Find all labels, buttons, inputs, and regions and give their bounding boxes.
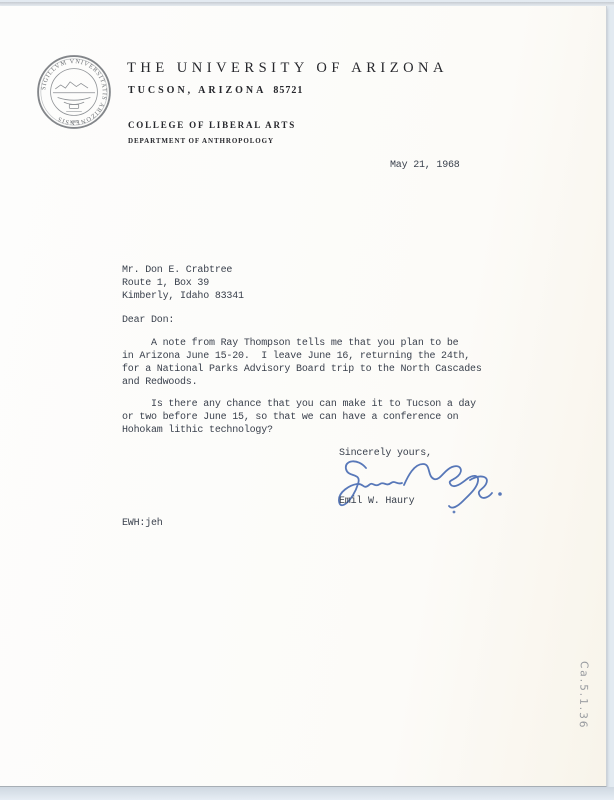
college-name: COLLEGE OF LIBERAL ARTS [128,120,296,130]
university-zip: 85721 [273,85,303,96]
seal-year: 1885 [70,119,79,124]
signature-handwriting [330,454,515,518]
catalog-annotation: Ca.5.1.36 [574,661,590,765]
department-name: DEPARTMENT OF ANTHROPOLOGY [128,137,274,145]
seal-emblem [53,82,95,112]
university-name: THE UNIVERSITY OF ARIZONA [127,60,448,77]
scanned-letter-image: SIGILLVM VNIVERSITATIS ARIZONENSIS 1885 … [0,0,614,800]
recipient-address: Mr. Don E. Crabtree Route 1, Box 39 Kimb… [122,264,244,303]
body-paragraph-2: Is there any chance that you can make it… [122,398,522,437]
university-city: TUCSON, ARIZONA [128,85,266,96]
signer-name: Emil W. Haury [339,495,414,508]
typist-initials: EWH:jeh [122,517,163,530]
salutation: Dear Don: [122,314,174,327]
scanner-bottom-edge [0,787,614,800]
letter-paper: SIGILLVM VNIVERSITATIS ARIZONENSIS 1885 … [0,6,607,787]
university-seal-icon: SIGILLVM VNIVERSITATIS ARIZONENSIS 1885 [35,52,113,132]
letter-date: May 21, 1968 [390,159,460,172]
university-address: TUCSON, ARIZONA85721 [128,85,303,96]
body-paragraph-1: A note from Ray Thompson tells me that y… [122,337,522,389]
